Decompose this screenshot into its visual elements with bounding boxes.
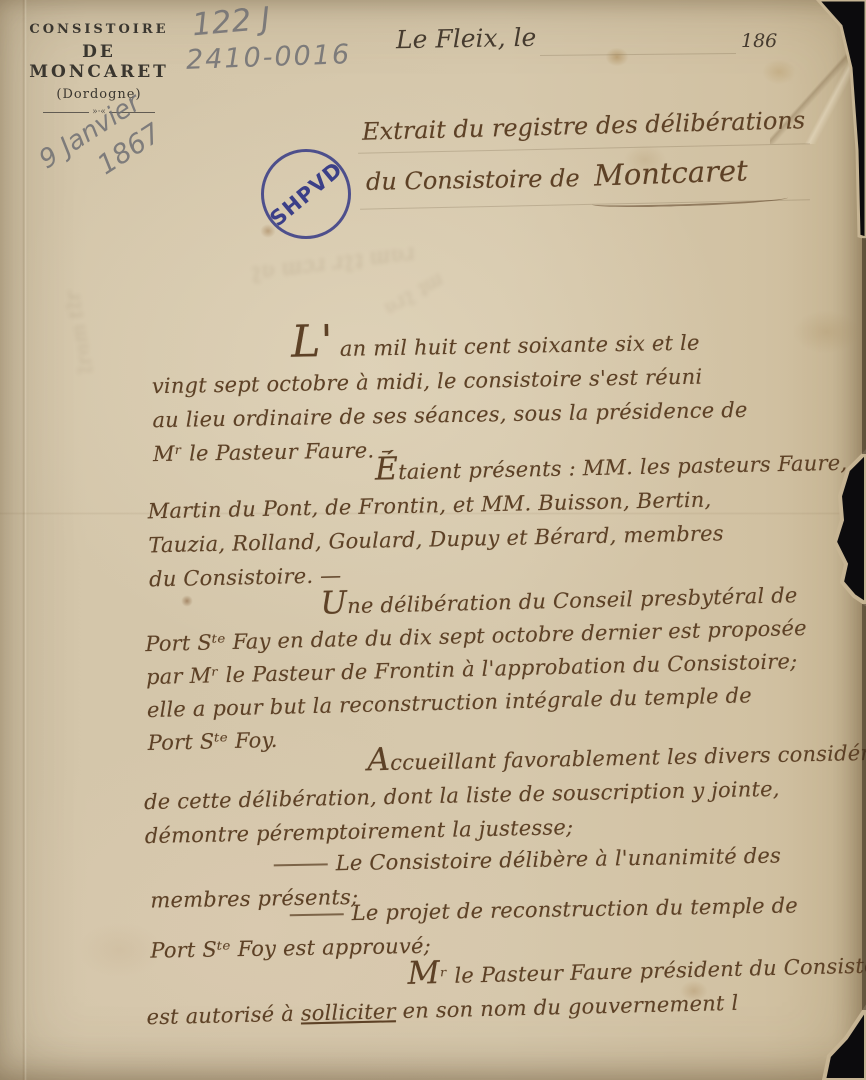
line-suffix: en son nom du gouvernement l [395, 991, 738, 1023]
guide-line [358, 143, 810, 153]
archive-stamp: SHPVD [261, 149, 351, 239]
archive-stamp-text: SHPVD [265, 157, 347, 231]
paragraph-1: L' an mil huit cent soixante six et le v… [151, 313, 749, 471]
printed-year-prefix: 186 [741, 30, 777, 52]
ink-bleedthrough: ɹʅʇ ɯʋɹʅ [63, 288, 101, 376]
ink-bleedthrough: ʋɹʅ ʇɯ [378, 265, 447, 318]
right-edge-shadow [862, 238, 866, 454]
document-title-place-name: Montcaret [593, 153, 748, 192]
letterhead-line3: (Dordogne) [16, 87, 182, 102]
letterhead-line1: CONSISTOIRE [16, 22, 182, 37]
paragraph-4: Accueillant favorablement les divers con… [143, 734, 866, 853]
scanned-manuscript-page: ʅʋ ɯɔɹ ɹʅʇ ɯʋɹ ɹʅʇ ɯʋɹʅ ʋɹʅ ʇɯ CONSISTOI… [0, 0, 866, 1080]
tear-bottom-right [824, 1008, 866, 1080]
document-title-line1: Extrait du registre des délibérations [362, 106, 806, 146]
paragraph-2: Étaient présents : MM. les pasteurs Faur… [147, 445, 850, 597]
divider-line-left [43, 112, 89, 113]
letterhead: CONSISTOIRE DE MONCARET (Dordogne) »·« [16, 22, 182, 117]
paragraph-3: Une délibération du Conseil presbytéral … [144, 577, 809, 760]
line-prefix: est autorisé à [146, 1002, 301, 1030]
pencil-reference: 2410-0016 [186, 39, 352, 76]
underlined-word: solliciter [300, 999, 396, 1025]
document-title-line2-prefix: du Consistoire de [366, 164, 580, 196]
letterhead-line2: DE MONCARET [16, 42, 182, 82]
pencil-cote: 122 J [191, 1, 272, 44]
ink-bleedthrough: ʅʋ ɯɔɹ ɹʅʇ ɯʋɹ [249, 240, 416, 285]
date-blank-line [540, 53, 736, 56]
printed-place-line: Le Fleix, le [396, 23, 537, 54]
title-underline-flourish [592, 193, 788, 208]
vertical-crease [22, 0, 27, 1080]
